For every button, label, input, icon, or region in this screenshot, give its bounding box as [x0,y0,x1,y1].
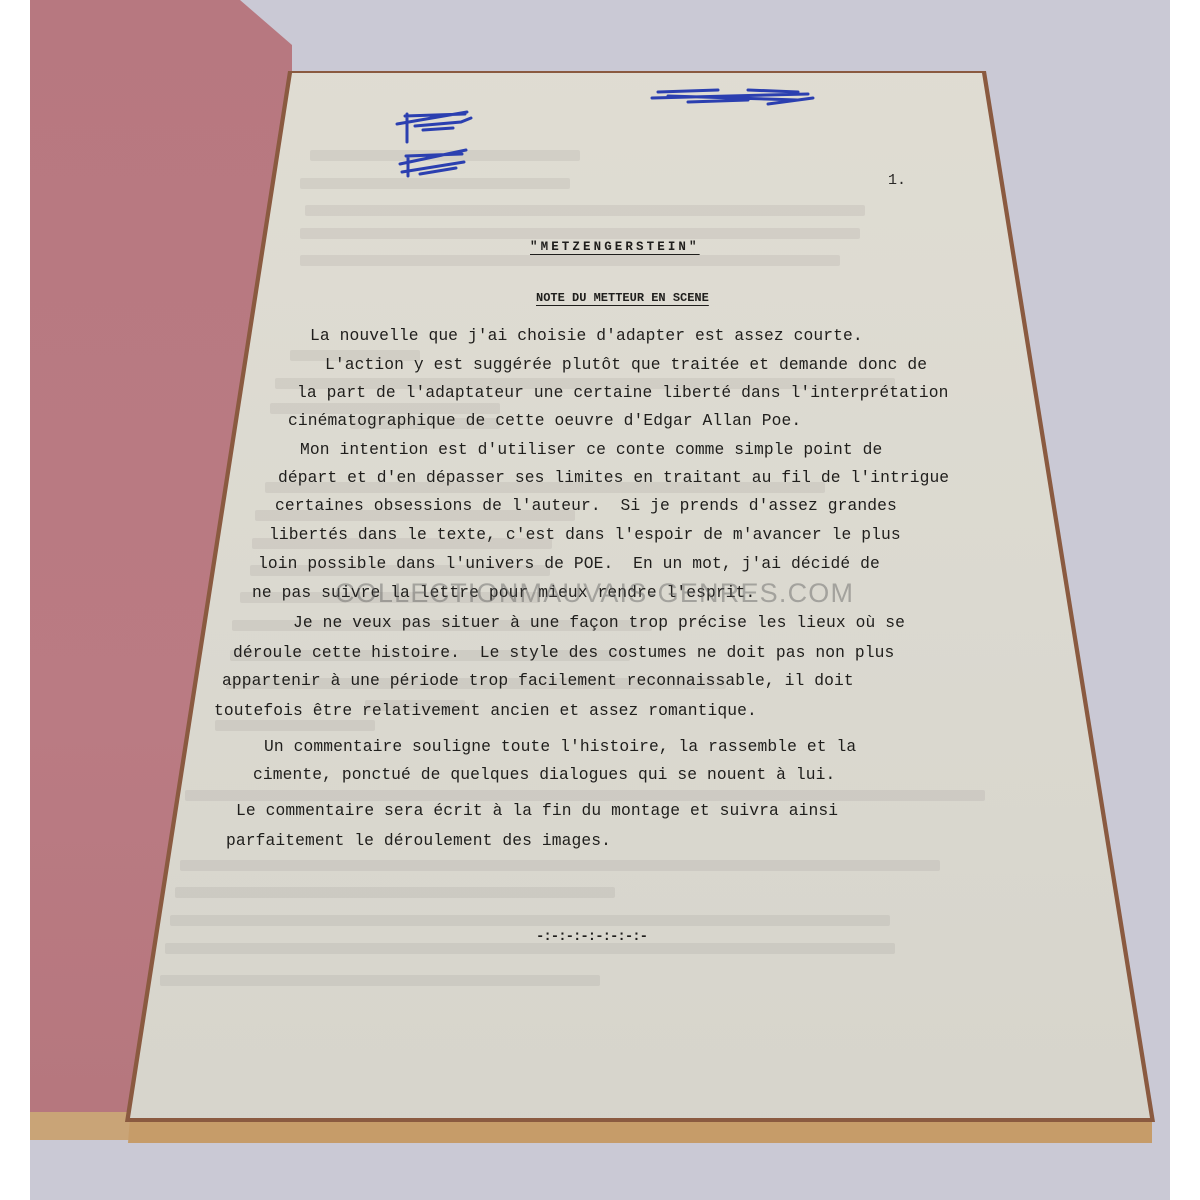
show-through-line [175,887,615,898]
show-through-line [300,228,860,239]
show-through-line [170,915,890,926]
text-line: déroule cette histoire. Le style des cos… [233,643,894,662]
show-through-line [305,205,865,216]
text-line: toutefois être relativement ancien et as… [214,701,757,720]
document-title: "METZENGERSTEIN" [530,240,700,254]
crossed-out-annotation-left-2 [396,146,472,180]
crossed-out-annotation-left-1 [395,108,475,144]
watermark: COLLECTIONMAUVAIS-GENRES.COM [335,578,854,609]
show-through-line [165,943,895,954]
text-line: La nouvelle que j'ai choisie d'adapter e… [310,326,863,345]
text-line: loin possible dans l'univers de POE. En … [258,554,880,573]
text-line: libertés dans le texte, c'est dans l'esp… [269,525,901,544]
text-line: Je ne veux pas situer à une façon trop p… [293,613,905,632]
text-line: Le commentaire sera écrit à la fin du mo… [236,801,838,820]
text-line: parfaitement le déroulement des images. [226,831,611,850]
crossed-out-annotation-top [648,86,818,110]
text-line: cinématographique de cette oeuvre d'Edga… [288,411,801,430]
text-line: certaines obsessions de l'auteur. Si je … [275,496,897,515]
section-separator: -:-:-:-:-:-:-:- [536,929,647,945]
text-line: cimente, ponctué de quelques dialogues q… [253,765,835,784]
text-line: L'action y est suggérée plutôt que trait… [325,355,927,374]
show-through-line [180,860,940,871]
show-through-line [215,720,375,731]
text-line: Mon intention est d'utiliser ce conte co… [300,440,882,459]
show-through-line [160,975,600,986]
show-through-line [185,790,985,801]
show-through-line [300,255,840,266]
document-subtitle: NOTE DU METTEUR EN SCENE [536,291,709,305]
photo-scene: 1. "METZENGERSTEIN" NOTE DU METTEUR EN S… [30,0,1170,1200]
text-line: appartenir à une période trop facilement… [222,671,854,690]
text-line: départ et d'en dépasser ses limites en t… [278,468,949,487]
text-line: Un commentaire souligne toute l'histoire… [264,737,856,756]
page-number: 1. [888,172,906,189]
text-line: la part de l'adaptateur une certaine lib… [297,383,948,402]
